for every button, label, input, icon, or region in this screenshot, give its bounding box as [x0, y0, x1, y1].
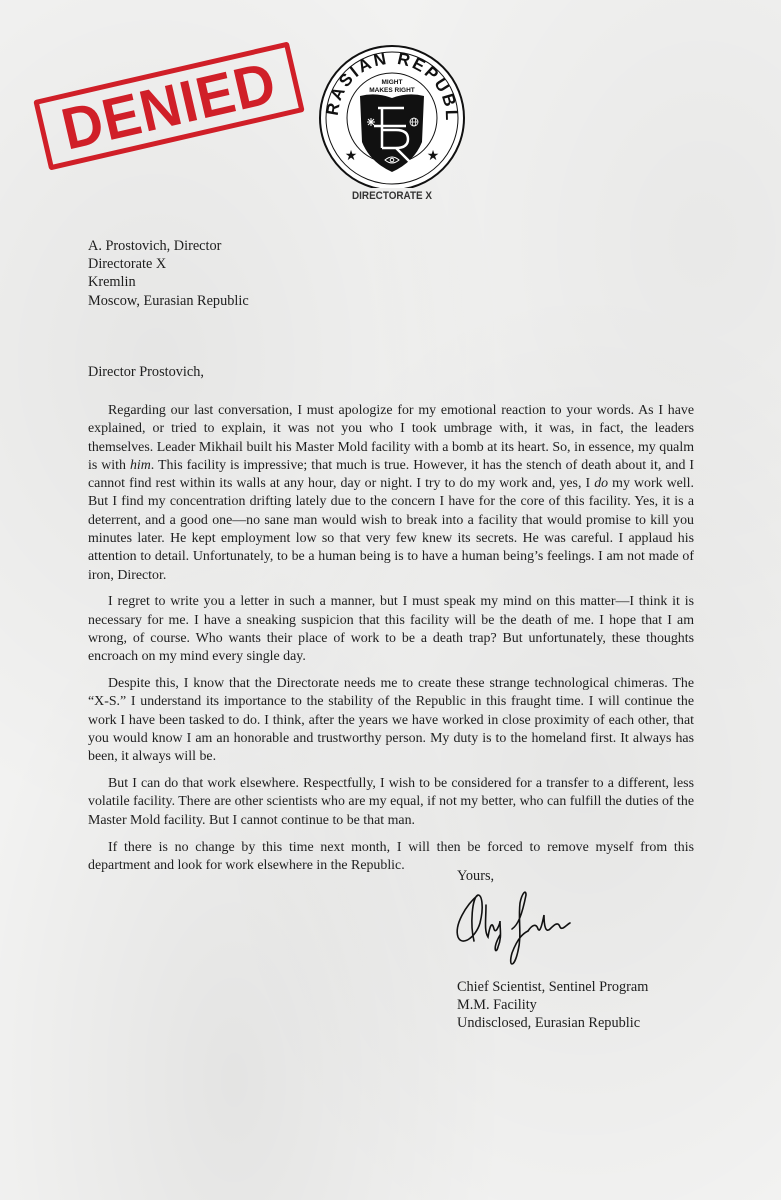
paragraph: But I can do that work elsewhere. Respec… [88, 775, 694, 830]
recipient-address: A. Prostovich, Director Directorate X Kr… [88, 237, 249, 310]
recipient-line: A. Prostovich, Director [88, 237, 249, 255]
recipient-line: Moscow, Eurasian Republic [88, 292, 249, 310]
closing: Yours, [457, 868, 494, 885]
paragraph: Despite this, I know that the Directorat… [88, 675, 694, 766]
sender-line: M.M. Facility [457, 996, 648, 1014]
denied-stamp: DENIED [33, 41, 304, 170]
paragraph: If there is no change by this time next … [88, 839, 694, 876]
star-icon: ★ [427, 149, 440, 164]
seal-motto-line1: MIGHT [382, 79, 403, 86]
emphasis: do [594, 476, 608, 491]
emphasis: him [130, 458, 151, 473]
eurasian-republic-seal: EURASIAN REPUBLIC MIGHT MAKES RIGHT ★ ★ [318, 22, 466, 188]
sender-block: Chief Scientist, Sentinel Program M.M. F… [457, 978, 648, 1033]
star-icon: ★ [345, 149, 358, 164]
sun-icon [367, 118, 375, 126]
sender-line: Undisclosed, Eurasian Republic [457, 1014, 648, 1032]
stamp-text: DENIED [56, 53, 281, 159]
recipient-line: Kremlin [88, 273, 249, 291]
paragraph: I regret to write you a letter in such a… [88, 593, 694, 666]
sender-line: Chief Scientist, Sentinel Program [457, 978, 648, 996]
letter-body: Regarding our last conversation, I must … [88, 402, 694, 884]
seal-motto-line2: MAKES RIGHT [369, 87, 415, 94]
paragraph: Regarding our last conversation, I must … [88, 402, 694, 585]
salutation: Director Prostovich, [88, 364, 204, 381]
recipient-line: Directorate X [88, 255, 249, 273]
seal-caption: DIRECTORATE X [325, 190, 458, 202]
signature-icon [452, 885, 602, 977]
